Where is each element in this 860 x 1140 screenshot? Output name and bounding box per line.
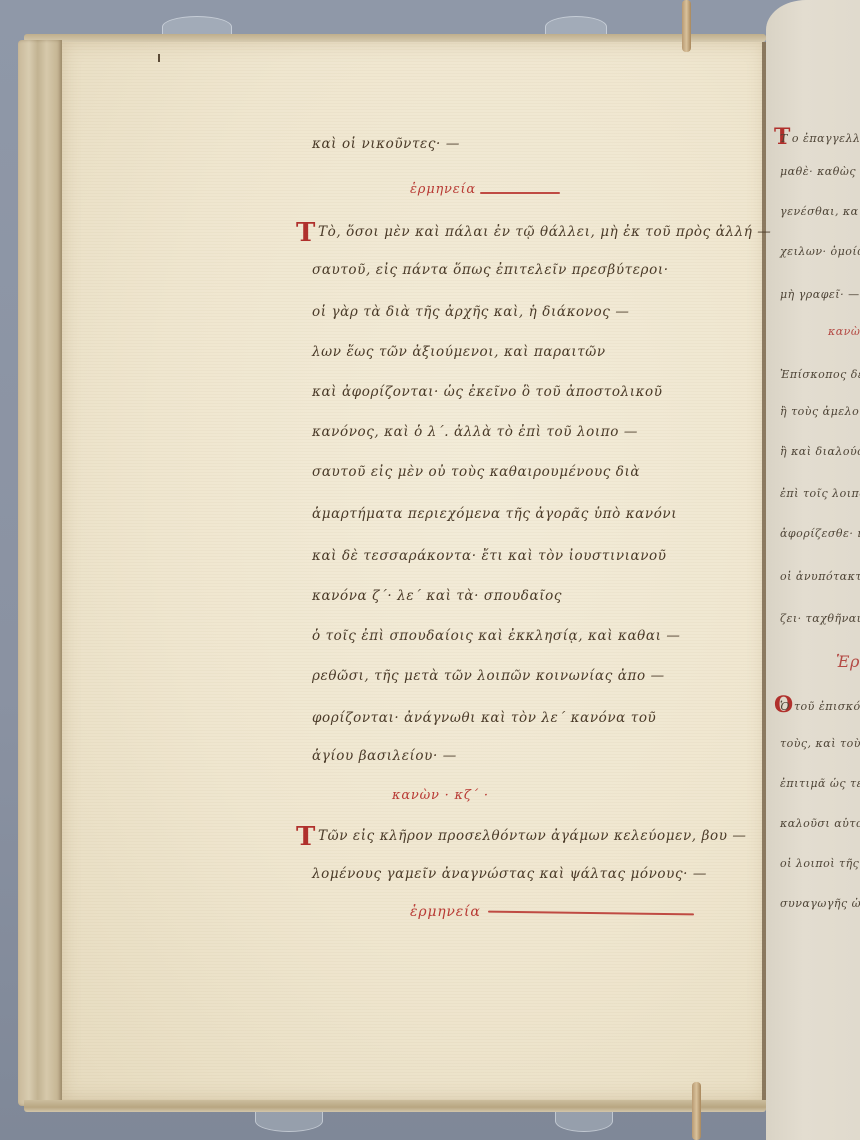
bottom-clip-right xyxy=(555,1110,613,1132)
text-line: ἁγίου βασιλείου· — xyxy=(312,748,457,764)
text-line: λομένους γαμεῖν ἀναγνώστας καὶ ψάλτας μό… xyxy=(312,866,707,882)
text-line: καὶ ἀφορίζονται· ὡς ἐκεῖνο ὃ τοῦ ἀποστολ… xyxy=(312,384,663,400)
facing-line: ἐπιτιμᾶ ὡς τε xyxy=(780,777,860,790)
facing-rubric: Ἑρ xyxy=(836,652,860,671)
red-initial-t: Τ xyxy=(296,218,315,248)
rubric-heading: ἑρμηνεία xyxy=(410,904,481,920)
facing-line: ἐπὶ τοῖς λοιπο xyxy=(780,487,860,500)
book-bottom-edge xyxy=(24,1100,766,1112)
facing-line: γενέσθαι, κα xyxy=(780,205,859,218)
facing-line: ζει· ταχθῆναι xyxy=(780,612,860,625)
facing-line: τοὺς, καὶ τοὺς xyxy=(780,737,860,750)
ink-mark xyxy=(158,54,160,62)
text-line: φορίζονται· ἀνάγνωθι καὶ τὸν λε΄ κανόνα … xyxy=(312,710,656,726)
text-line: ρεθῶσι, τῆς μετὰ τῶν λοιπῶν κοινωνίας ἀπ… xyxy=(312,668,665,684)
facing-line: καλοῦσι αὐτοὺς xyxy=(780,817,860,830)
book-top-edge xyxy=(24,34,766,42)
facing-line: ἢ καὶ διαλούο xyxy=(780,445,860,458)
top-pointer-stick xyxy=(682,0,691,52)
facing-page: Τ Τ ο ἐπαγγελλόμενος μαθὲ· καθὼς τὸν γ γ… xyxy=(766,0,860,1140)
text-line: οἱ γὰρ τὰ διὰ τῆς ἀρχῆς καὶ, ἡ διάκονος … xyxy=(312,304,629,320)
text-line: ἁμαρτήματα περιεχόμενα τῆς ἀγορᾶς ὑπὸ κα… xyxy=(312,506,677,522)
text-line: Τὸ, ὅσοι μὲν καὶ πάλαι ἐν τῷ θάλλει, μὴ … xyxy=(318,224,771,240)
red-initial-t-2: Τ xyxy=(296,822,315,852)
facing-line: χειλων· ὁμοίως xyxy=(780,245,860,258)
bottom-pointer-stick xyxy=(692,1082,701,1140)
facing-line: μὴ γραφεῖ· — xyxy=(780,288,860,301)
rubric-heading: ἑρμηνεία xyxy=(410,182,476,197)
rubric-rule xyxy=(480,192,560,194)
facing-line: ἢ τοὺς ἀμελο xyxy=(780,405,859,418)
manuscript-page-verso xyxy=(62,42,766,1100)
facing-line: Ὁ τοῦ ἐπισκόπου xyxy=(780,700,860,713)
text-line: καὶ οἱ νικοῦντες· — xyxy=(312,136,460,152)
text-line: ὁ τοῖς ἐπὶ σπουδαίοις καὶ ἐκκλησίᾳ, καὶ … xyxy=(312,628,681,644)
canon-heading: κανὼν · κζ΄ · xyxy=(392,788,489,803)
bottom-clip-left xyxy=(255,1110,323,1132)
text-line: σαυτοῦ εἰς μὲν οὐ τοὺς καθαιρουμένους δι… xyxy=(312,464,640,480)
facing-line: ἀφορίζεσθε· ν xyxy=(780,527,860,540)
text-line: καὶ δὲ τεσσαράκοντα· ἔτι καὶ τὸν ἰουστιν… xyxy=(312,548,667,564)
text-line: κανόνος, καὶ ὁ λ΄. ἀλλὰ τὸ ἐπὶ τοῦ λοιπο… xyxy=(312,424,638,440)
facing-rubric: κανὼ xyxy=(828,325,860,338)
facing-line: οἱ λοιποὶ τῆς xyxy=(780,857,859,870)
text-line: σαυτοῦ, εἰς πάντα ὅπως ἐπιτελεῖν πρεσβύτ… xyxy=(312,262,669,278)
facing-line: οἱ ἀνυπότακτοι· xyxy=(780,570,860,583)
text-line: λων ἕως τῶν ἀξιούμενοι, καὶ παραιτῶν xyxy=(312,344,606,360)
text-line: Τῶν εἰς κλῆρον προσελθόντων ἀγάμων κελεύ… xyxy=(318,828,747,844)
facing-line: Ἐπίσκοπος δὲ xyxy=(780,368,860,381)
book-spine-edge xyxy=(18,40,62,1106)
facing-line: Τ ο ἐπαγγελλόμενος xyxy=(780,132,860,145)
text-line: κανόνα ζ΄· λε΄ καὶ τὰ· σπουδαῖος xyxy=(312,588,562,604)
facing-line: μαθὲ· καθὼς τὸν γ xyxy=(780,165,860,178)
manuscript-book xyxy=(18,34,770,1112)
facing-line: συναγωγῆς ὡς xyxy=(780,897,860,910)
